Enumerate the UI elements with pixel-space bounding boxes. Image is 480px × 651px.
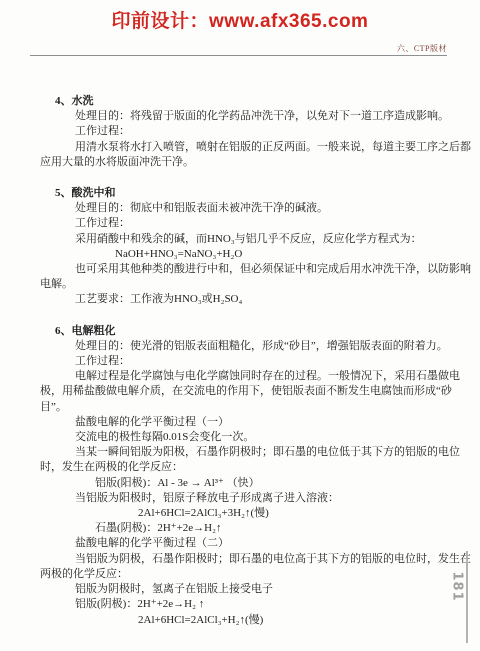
text-line: 盐酸电解的化学平衡过程（一） bbox=[40, 415, 447, 430]
text-line: 4、水洗 bbox=[40, 94, 447, 109]
text-line: 盐酸电解的化学平衡过程（二） bbox=[40, 536, 447, 551]
text-line: 极，用稀盐酸做电解介质，在交流电的作用下，使铝版表面不断发生电腐蚀而形成“砂 bbox=[40, 384, 447, 399]
section: 4、水洗处理目的：将残留于版面的化学药品冲洗干净，以免对下一道工序造成影响。工作… bbox=[40, 94, 447, 170]
text-line: 处理目的：使光滑的铝版表面粗糙化，形成“砂目”，增强铝版表面的附着力。 bbox=[40, 339, 447, 354]
page-title: 印前设计：www.afx365.com bbox=[0, 0, 480, 33]
text-line: 当铝版为阴极，石墨作阳极时；即石墨的电位高于其下方的铝版的电位时，发生在 bbox=[40, 552, 447, 567]
text-line: 应用大量的水将版面冲洗干净。 bbox=[40, 155, 447, 170]
text-line: 电解过程是化学腐蚀与电化学腐蚀同时存在的过程。一般情况下，采用石墨做电 bbox=[40, 369, 447, 384]
text-line: 两极的化学反应： bbox=[40, 567, 447, 582]
text-line: 处理目的：彻底中和铝版表面未被冲洗干净的碱液。 bbox=[40, 201, 447, 216]
text-line: 铝版(阳极)：Al - 3e → Al³⁺ （快） bbox=[40, 476, 447, 491]
text-line: 6、电解粗化 bbox=[40, 324, 447, 339]
text-line: 2Al+6HCl=2AlCl₃+3H₂↑(慢) bbox=[40, 506, 447, 521]
text-line: 2Al+6HCl=2AlCl₃+H₂↑(慢) bbox=[40, 613, 447, 628]
document-body: 4、水洗处理目的：将残留于版面的化学药品冲洗干净，以免对下一道工序造成影响。工作… bbox=[0, 56, 480, 628]
text-line: 石墨(阴极)：2H⁺+2e→H₂↑ bbox=[40, 521, 447, 536]
header-rule: 六、CTP版材 bbox=[30, 42, 447, 56]
text-line: 5、酸洗中和 bbox=[40, 186, 447, 201]
text-line: NaOH+HNO₃=NaNO₃+H₂O bbox=[40, 247, 447, 262]
page-number-rule bbox=[466, 551, 468, 643]
document-page: 印前设计：www.afx365.com 六、CTP版材 4、水洗处理目的：将残留… bbox=[0, 0, 480, 651]
text-line: 铝版(阴极)：2H⁺+2e→H₂ ↑ bbox=[40, 597, 447, 612]
text-line: 目”。 bbox=[40, 400, 447, 415]
text-line: 工作过程： bbox=[40, 124, 447, 139]
text-line: 也可采用其他种类的酸进行中和，但必须保证中和完成后用水冲洗干净，以防影响 bbox=[40, 262, 447, 277]
text-line: 用清水泵将水打入喷管，喷射在铝版的正反两面。一般来说，每道主要工序之后都 bbox=[40, 140, 447, 155]
text-line: 电解。 bbox=[40, 277, 447, 292]
text-line: 时，发生在两极的化学反应： bbox=[40, 460, 447, 475]
text-line: 铝版为阴极时，氢离子在铝版上接受电子 bbox=[40, 582, 447, 597]
text-line: 工艺要求：工作液为HNO₃或H₂SO₄ bbox=[40, 292, 447, 307]
text-line: 当某一瞬间铝版为阳极，石墨作阴极时；即石墨的电位低于其下方的铝版的电位 bbox=[40, 445, 447, 460]
text-line: 工作过程： bbox=[40, 216, 447, 231]
page-number: 181 bbox=[450, 572, 465, 598]
section: 6、电解粗化处理目的：使光滑的铝版表面粗糙化，形成“砂目”，增强铝版表面的附着力… bbox=[40, 324, 447, 628]
text-line: 采用硝酸中和残余的碱，而HNO₃与铝几乎不反应，反应化学方程式为： bbox=[40, 232, 447, 247]
text-line: 工作过程： bbox=[40, 354, 447, 369]
section: 5、酸洗中和处理目的：彻底中和铝版表面未被冲洗干净的碱液。工作过程：采用硝酸中和… bbox=[40, 186, 447, 308]
text-line: 处理目的：将残留于版面的化学药品冲洗干净，以免对下一道工序造成影响。 bbox=[40, 109, 447, 124]
chapter-label: 六、CTP版材 bbox=[397, 44, 447, 55]
text-line: 交流电的极性每隔0.01S会变化一次。 bbox=[40, 430, 447, 445]
text-line: 当铝版为阳极时，铝原子释放电子形成离子进入溶液： bbox=[40, 491, 447, 506]
